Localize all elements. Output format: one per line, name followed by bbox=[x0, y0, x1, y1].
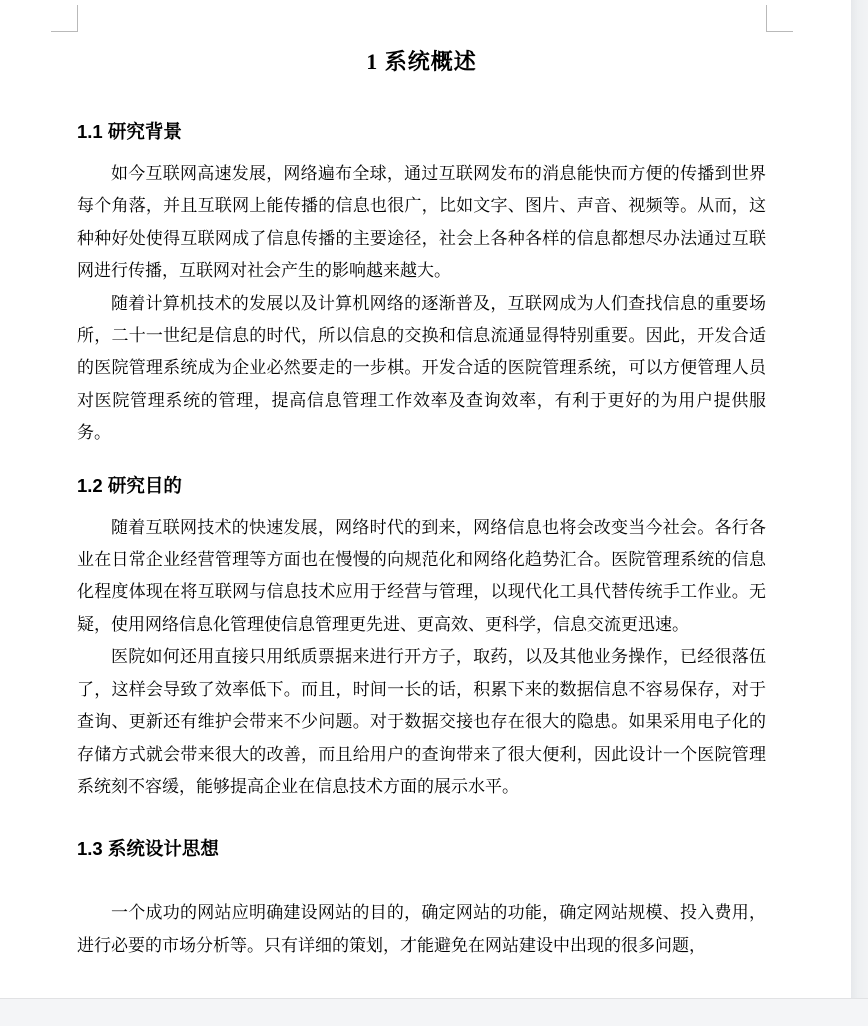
document-viewport: 1 系统概述 1.1 研究背景 如今互联网高速发展，网络遍布全球，通过互联网发布… bbox=[0, 0, 868, 1026]
section-system-design-philosophy: 1.3 系统设计思想 一个成功的网站应明确建设网站的目的，确定网站的功能，确定网… bbox=[77, 837, 766, 962]
page-right-edge-gutter bbox=[851, 0, 868, 998]
document-title: 1 系统概述 bbox=[77, 46, 766, 78]
section-research-purpose: 1.2 研究目的 随着互联网技术的快速发展，网络时代的到来，网络信息也将会改变当… bbox=[77, 474, 766, 804]
section-heading-1-3: 1.3 系统设计思想 bbox=[77, 837, 766, 861]
paragraph: 随着互联网技术的快速发展，网络时代的到来，网络信息也将会改变当今社会。各行各业在… bbox=[77, 512, 766, 642]
section-heading-1-1: 1.1 研究背景 bbox=[77, 120, 766, 144]
margin-mark-top-right bbox=[766, 5, 793, 32]
section-heading-1-2: 1.2 研究目的 bbox=[77, 474, 766, 498]
margin-mark-top-left bbox=[51, 5, 78, 32]
page-bottom-gutter bbox=[0, 998, 868, 1026]
paragraph: 一个成功的网站应明确建设网站的目的，确定网站的功能，确定网站规模、投入费用，进行… bbox=[77, 897, 766, 962]
paragraph: 随着计算机技术的发展以及计算机网络的逐渐普及，互联网成为人们查找信息的重要场所，… bbox=[77, 288, 766, 450]
paragraph: 医院如何还用直接只用纸质票据来进行开方子，取药，以及其他业务操作，已经很落伍了，… bbox=[77, 641, 766, 803]
document-content: 1 系统概述 1.1 研究背景 如今互联网高速发展，网络遍布全球，通过互联网发布… bbox=[77, 0, 766, 962]
section-research-background: 1.1 研究背景 如今互联网高速发展，网络遍布全球，通过互联网发布的消息能快而方… bbox=[77, 120, 766, 450]
document-page: 1 系统概述 1.1 研究背景 如今互联网高速发展，网络遍布全球，通过互联网发布… bbox=[0, 0, 851, 998]
paragraph: 如今互联网高速发展，网络遍布全球，通过互联网发布的消息能快而方便的传播到世界每个… bbox=[77, 158, 766, 288]
